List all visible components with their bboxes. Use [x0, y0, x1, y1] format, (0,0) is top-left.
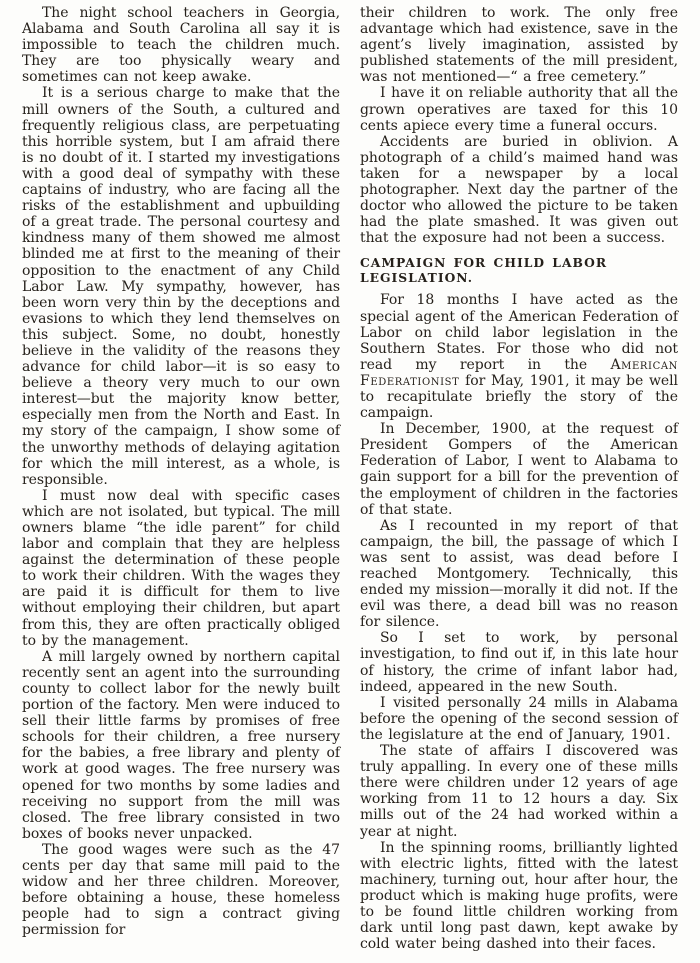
paragraph: The night school teachers in Georgia, Al… [22, 5, 340, 85]
paragraph: I must now deal with specific cases whic… [22, 488, 340, 649]
paragraph: Accidents are buried in oblivion. A phot… [360, 134, 678, 247]
text-run: As I recounted in my report of that camp… [360, 518, 678, 631]
paragraph: I have it on reliable authority that all… [360, 85, 678, 133]
text-run: So I set to work, by personal investigat… [360, 630, 678, 694]
text-run: It is a serious charge to make that the … [22, 85, 340, 487]
paragraph: So I set to work, by personal investigat… [360, 630, 678, 694]
text-run: In the spinning rooms, brilliantly light… [360, 840, 678, 953]
document-page: The night school teachers in Georgia, Al… [0, 0, 700, 963]
paragraph: A mill largely owned by northern capital… [22, 649, 340, 842]
paragraph: I visited personally 24 mills in Alabama… [360, 695, 678, 743]
text-run: The state of affairs I discovered was tr… [360, 743, 678, 839]
paragraph: It is a serious charge to make that the … [22, 85, 340, 487]
text-run: I must now deal with specific cases whic… [22, 488, 340, 649]
paragraph: In December, 1900, at the request of Pre… [360, 421, 678, 518]
paragraph: In the spinning rooms, brilliantly light… [360, 840, 678, 953]
text-run: Accidents are buried in oblivion. A phot… [360, 134, 678, 247]
paragraph: their children to work. The only free ad… [360, 5, 678, 85]
left-column: The night school teachers in Georgia, Al… [22, 5, 340, 963]
paragraph: As I recounted in my report of that camp… [360, 518, 678, 631]
text-run: The night school teachers in Georgia, Al… [22, 5, 340, 85]
text-run: their children to work. The only free ad… [360, 5, 678, 85]
text-run: A mill largely owned by northern capital… [22, 649, 340, 842]
text-run: In December, 1900, at the request of Pre… [360, 421, 678, 517]
paragraph: For 18 months I have acted as the specia… [360, 292, 678, 421]
text-run: I have it on reliable authority that all… [360, 85, 678, 133]
text-run: The good wages were such as the 47 cents… [22, 842, 340, 938]
section-heading: CAMPAIGN FOR CHILD LABOR LEGISLATION. [360, 255, 678, 285]
text-run: I visited personally 24 mills in Alabama… [360, 695, 678, 743]
paragraph: The state of affairs I discovered was tr… [360, 743, 678, 840]
paragraph: The good wages were such as the 47 cents… [22, 842, 340, 939]
right-column: their children to work. The only free ad… [360, 5, 678, 963]
